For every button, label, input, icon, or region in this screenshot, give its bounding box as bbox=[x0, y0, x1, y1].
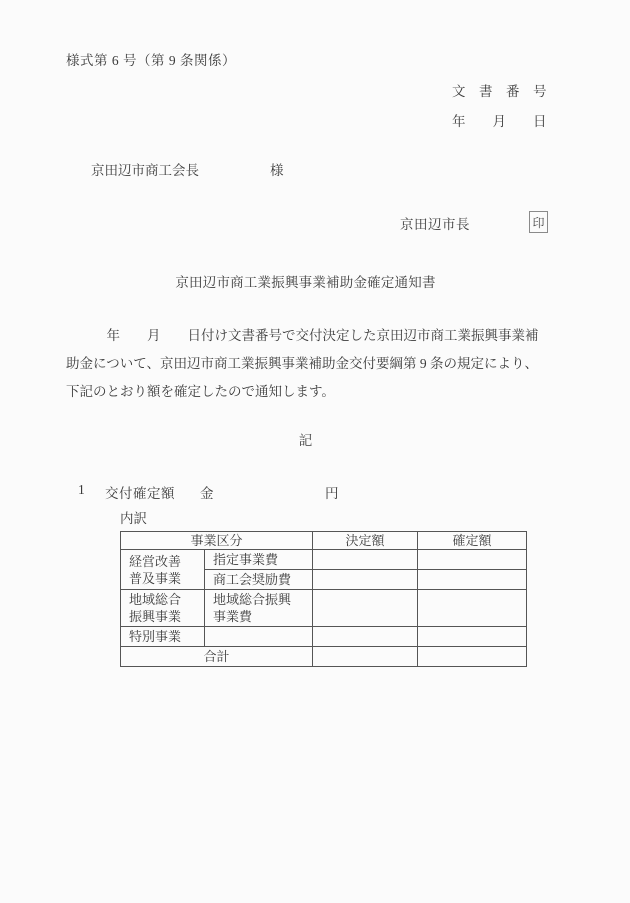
seal-box: 印 bbox=[529, 211, 548, 233]
addressee-name: 京田辺市商工会長 bbox=[91, 163, 199, 178]
breakdown-table: 事業区分 決定額 確定額 経営改善 普及事業 指定事業費 商工会奨励費 地域総合… bbox=[120, 531, 527, 667]
cell-confirmed-empty bbox=[418, 570, 527, 590]
table-row: 経営改善 普及事業 指定事業費 bbox=[121, 550, 527, 570]
cell-total-label: 合計 bbox=[121, 647, 313, 667]
document-title: 京田辺市商工業振興事業補助金確定通知書 bbox=[66, 271, 545, 291]
amount-prefix: 金 bbox=[200, 482, 214, 502]
cell-group-chiiki: 地域総合 振興事業 bbox=[121, 590, 205, 627]
addressee-honorific: 様 bbox=[270, 163, 284, 178]
document-page: 様式第 6 号（第 9 条関係） 文 書 番 号 年 月 日 京田辺市商工会長様… bbox=[0, 0, 630, 903]
table-header-row: 事業区分 決定額 確定額 bbox=[121, 532, 527, 550]
form-number: 様式第 6 号（第 9 条関係） bbox=[66, 49, 236, 69]
body-paragraph: 年 月 日付け文書番号で交付決定した京田辺市商工業振興事業補 助金について、京田… bbox=[66, 322, 558, 406]
cell-confirmed-empty bbox=[418, 590, 527, 627]
confirmed-amount-line: 1 交付確定額 金 円 bbox=[0, 482, 630, 500]
cell-decided-empty bbox=[313, 550, 418, 570]
item-number: 1 bbox=[78, 482, 85, 498]
cell-confirmed-empty bbox=[418, 550, 527, 570]
body-line-2: 助金について、京田辺市商工業振興事業補助金交付要綱第 9 条の規定により、 bbox=[66, 350, 558, 378]
cell-decided-empty bbox=[313, 627, 418, 647]
body-line-1: 年 月 日付け文書番号で交付決定した京田辺市商工業振興事業補 bbox=[66, 322, 558, 350]
body-line-3: 下記のとおり額を確定したので通知します。 bbox=[66, 378, 558, 406]
table-row: 特別事業 bbox=[121, 627, 527, 647]
doc-number-label: 文 書 番 号 bbox=[452, 80, 547, 100]
cell-confirmed-empty bbox=[418, 627, 527, 647]
seal-mark: 印 bbox=[532, 214, 544, 231]
cell-sub-chiiki: 地域総合振興 事業費 bbox=[205, 590, 313, 627]
table-total-row: 合計 bbox=[121, 647, 527, 667]
record-marker: 記 bbox=[66, 429, 545, 449]
sender-name: 京田辺市長 bbox=[400, 213, 470, 233]
table-row: 地域総合 振興事業 地域総合振興 事業費 bbox=[121, 590, 527, 627]
cell-decided-empty bbox=[313, 570, 418, 590]
addressee-line: 京田辺市商工会長様 bbox=[91, 159, 284, 179]
cell-decided-total-empty bbox=[313, 647, 418, 667]
breakdown-label: 内訳 bbox=[120, 507, 147, 527]
cell-decided-empty bbox=[313, 590, 418, 627]
item-label: 交付確定額 bbox=[105, 482, 175, 502]
cell-group-tokubetsu: 特別事業 bbox=[121, 627, 205, 647]
amount-unit: 円 bbox=[325, 482, 339, 502]
cell-group-keiei: 経営改善 普及事業 bbox=[121, 550, 205, 590]
cell-confirmed-total-empty bbox=[418, 647, 527, 667]
cell-sub-shitei: 指定事業費 bbox=[205, 550, 313, 570]
header-cell-category: 事業区分 bbox=[121, 532, 313, 550]
cell-sub-shokokai: 商工会奨励費 bbox=[205, 570, 313, 590]
header-cell-confirmed: 確定額 bbox=[418, 532, 527, 550]
header-cell-decided: 決定額 bbox=[313, 532, 418, 550]
cell-sub-empty bbox=[205, 627, 313, 647]
date-line: 年 月 日 bbox=[452, 110, 547, 130]
